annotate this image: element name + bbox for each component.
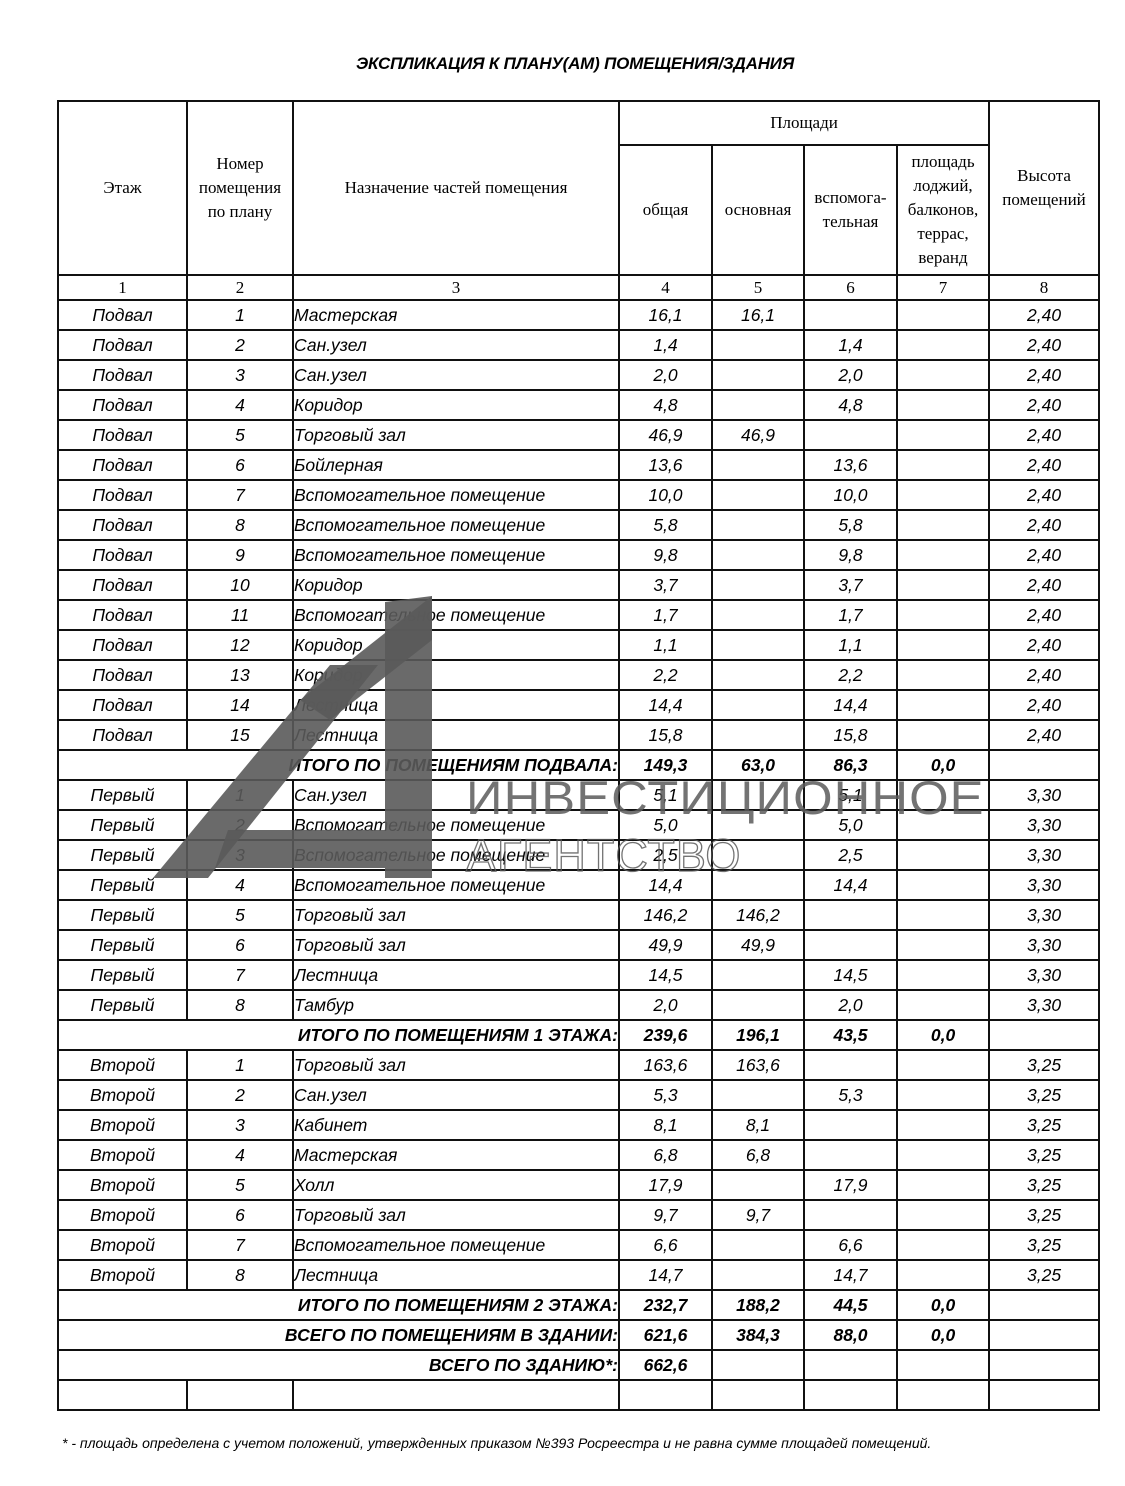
cell-floor: Подвал [58, 450, 187, 480]
total-area-total: 232,7 [619, 1290, 712, 1320]
cell-area-loggia [897, 930, 989, 960]
cell-height: 3,25 [989, 1230, 1099, 1260]
cell-area-loggia [897, 1140, 989, 1170]
table-row: Первый4Вспомогательное помещение14,414,4… [58, 870, 1099, 900]
cell-area-total: 16,1 [619, 300, 712, 330]
cell-room-number: 4 [187, 1140, 293, 1170]
cell-area-aux: 14,7 [804, 1260, 897, 1290]
document-title: ЭКСПЛИКАЦИЯ К ПЛАНУ(АМ) ПОМЕЩЕНИЯ/ЗДАНИЯ [0, 54, 1125, 74]
cell-room-number: 10 [187, 570, 293, 600]
cell-height: 2,40 [989, 330, 1099, 360]
cell-area-loggia [897, 450, 989, 480]
cell-area-total: 9,8 [619, 540, 712, 570]
cell-area-total: 14,4 [619, 690, 712, 720]
cell-floor: Второй [58, 1080, 187, 1110]
cell-room-number: 13 [187, 660, 293, 690]
table-row: Подвал5Торговый зал46,946,92,40 [58, 420, 1099, 450]
empty-cell [804, 1380, 897, 1410]
cell-area-main: 8,1 [712, 1110, 804, 1140]
cell-area-total: 6,6 [619, 1230, 712, 1260]
total-area-total: 239,6 [619, 1020, 712, 1050]
cell-floor: Подвал [58, 690, 187, 720]
cell-floor: Первый [58, 810, 187, 840]
table-row: Подвал8Вспомогательное помещение5,85,82,… [58, 510, 1099, 540]
cell-area-main [712, 780, 804, 810]
cell-floor: Подвал [58, 360, 187, 390]
cell-room-number: 5 [187, 420, 293, 450]
table-row: Второй3Кабинет8,18,13,25 [58, 1110, 1099, 1140]
table-row: Первый6Торговый зал49,949,93,30 [58, 930, 1099, 960]
total-area-total: 621,6 [619, 1320, 712, 1350]
cell-area-main [712, 1260, 804, 1290]
cell-area-aux: 2,2 [804, 660, 897, 690]
cell-area-total: 8,1 [619, 1110, 712, 1140]
cell-area-aux [804, 420, 897, 450]
cell-area-loggia [897, 630, 989, 660]
cell-area-total: 14,5 [619, 960, 712, 990]
cell-area-main [712, 960, 804, 990]
cell-area-main [712, 840, 804, 870]
total-area-loggia: 0,0 [897, 1320, 989, 1350]
col-index: 5 [712, 275, 804, 300]
column-index-row: 1 2 3 4 5 6 7 8 [58, 275, 1099, 300]
total-area-main: 196,1 [712, 1020, 804, 1050]
cell-floor: Подвал [58, 720, 187, 750]
table-row: Подвал3Сан.узел2,02,02,40 [58, 360, 1099, 390]
cell-room-number: 6 [187, 930, 293, 960]
cell-area-main: 6,8 [712, 1140, 804, 1170]
col-index: 3 [293, 275, 619, 300]
cell-height: 2,40 [989, 540, 1099, 570]
cell-height: 3,25 [989, 1080, 1099, 1110]
cell-area-aux [804, 930, 897, 960]
cell-area-loggia [897, 1260, 989, 1290]
total-area-aux: 43,5 [804, 1020, 897, 1050]
cell-floor: Подвал [58, 510, 187, 540]
header-areas-group: Площади [619, 101, 989, 145]
cell-room-number: 1 [187, 780, 293, 810]
cell-floor: Подвал [58, 660, 187, 690]
cell-floor: Первый [58, 960, 187, 990]
total-area-main: 63,0 [712, 750, 804, 780]
cell-area-loggia [897, 840, 989, 870]
col-index: 7 [897, 275, 989, 300]
cell-room-number: 6 [187, 450, 293, 480]
cell-floor: Подвал [58, 480, 187, 510]
cell-area-loggia [897, 810, 989, 840]
cell-area-aux: 14,4 [804, 690, 897, 720]
cell-room-number: 5 [187, 900, 293, 930]
cell-area-aux: 6,6 [804, 1230, 897, 1260]
table-row: Подвал15Лестница15,815,82,40 [58, 720, 1099, 750]
cell-area-total: 2,0 [619, 360, 712, 390]
total-row: ИТОГО ПО ПОМЕЩЕНИЯМ 1 ЭТАЖА:239,6196,143… [58, 1020, 1099, 1050]
cell-purpose: Бойлерная [293, 450, 619, 480]
header-room-number: Номер помещения по плану [187, 101, 293, 275]
cell-purpose: Лестница [293, 690, 619, 720]
cell-floor: Первый [58, 870, 187, 900]
table-row: Первый7Лестница14,514,53,30 [58, 960, 1099, 990]
cell-area-loggia [897, 510, 989, 540]
cell-area-loggia [897, 1110, 989, 1140]
total-row: ВСЕГО ПО ПОМЕЩЕНИЯМ В ЗДАНИИ:621,6384,38… [58, 1320, 1099, 1350]
cell-purpose: Торговый зал [293, 1200, 619, 1230]
cell-height: 3,25 [989, 1170, 1099, 1200]
cell-room-number: 2 [187, 330, 293, 360]
cell-room-number: 2 [187, 1080, 293, 1110]
total-area-loggia [897, 1350, 989, 1380]
cell-area-loggia [897, 660, 989, 690]
cell-area-aux: 1,1 [804, 630, 897, 660]
cell-purpose: Сан.узел [293, 1080, 619, 1110]
table-row: Второй1Торговый зал163,6163,63,25 [58, 1050, 1099, 1080]
cell-area-total: 2,0 [619, 990, 712, 1020]
table-row: Второй7Вспомогательное помещение6,66,63,… [58, 1230, 1099, 1260]
total-height [989, 1320, 1099, 1350]
table-row: Подвал13Коридор2,22,22,40 [58, 660, 1099, 690]
cell-room-number: 14 [187, 690, 293, 720]
cell-area-main [712, 990, 804, 1020]
cell-area-main [712, 540, 804, 570]
total-area-total: 149,3 [619, 750, 712, 780]
cell-height: 2,40 [989, 660, 1099, 690]
empty-cell [293, 1380, 619, 1410]
total-area-aux: 88,0 [804, 1320, 897, 1350]
cell-floor: Первый [58, 990, 187, 1020]
header-purpose: Назначение частей помещения [293, 101, 619, 275]
total-label: ВСЕГО ПО ЗДАНИЮ*: [58, 1350, 619, 1380]
cell-purpose: Тамбур [293, 990, 619, 1020]
cell-height: 2,40 [989, 510, 1099, 540]
header-height: Высота помещений [989, 101, 1099, 275]
table-row: Подвал6Бойлерная13,613,62,40 [58, 450, 1099, 480]
total-area-loggia: 0,0 [897, 1290, 989, 1320]
cell-room-number: 8 [187, 1260, 293, 1290]
cell-area-total: 5,3 [619, 1080, 712, 1110]
cell-purpose: Коридор [293, 660, 619, 690]
cell-area-loggia [897, 390, 989, 420]
cell-area-total: 13,6 [619, 450, 712, 480]
cell-area-total: 9,7 [619, 1200, 712, 1230]
cell-purpose: Лестница [293, 720, 619, 750]
cell-area-total: 3,7 [619, 570, 712, 600]
total-label: ВСЕГО ПО ПОМЕЩЕНИЯМ В ЗДАНИИ: [58, 1320, 619, 1350]
cell-height: 2,40 [989, 450, 1099, 480]
header-area-loggia: площадь лоджий, балконов, террас, веранд [897, 145, 989, 275]
cell-height: 2,40 [989, 390, 1099, 420]
cell-floor: Подвал [58, 420, 187, 450]
cell-area-loggia [897, 990, 989, 1020]
table-row: Подвал9Вспомогательное помещение9,89,82,… [58, 540, 1099, 570]
cell-room-number: 8 [187, 990, 293, 1020]
cell-room-number: 3 [187, 840, 293, 870]
cell-area-aux: 9,8 [804, 540, 897, 570]
total-row: ИТОГО ПО ПОМЕЩЕНИЯМ ПОДВАЛА:149,363,086,… [58, 750, 1099, 780]
cell-floor: Второй [58, 1110, 187, 1140]
table-row: Второй8Лестница14,714,73,25 [58, 1260, 1099, 1290]
cell-area-main [712, 450, 804, 480]
cell-room-number: 8 [187, 510, 293, 540]
cell-room-number: 9 [187, 540, 293, 570]
table-row: Подвал2Сан.узел1,41,42,40 [58, 330, 1099, 360]
cell-area-aux: 1,7 [804, 600, 897, 630]
cell-area-total: 4,8 [619, 390, 712, 420]
cell-room-number: 7 [187, 1230, 293, 1260]
total-height [989, 1290, 1099, 1320]
cell-area-total: 5,1 [619, 780, 712, 810]
total-area-aux: 86,3 [804, 750, 897, 780]
cell-purpose: Сан.узел [293, 780, 619, 810]
cell-floor: Первый [58, 900, 187, 930]
cell-area-total: 46,9 [619, 420, 712, 450]
cell-room-number: 15 [187, 720, 293, 750]
cell-room-number: 1 [187, 1050, 293, 1080]
cell-area-main [712, 810, 804, 840]
cell-area-total: 146,2 [619, 900, 712, 930]
cell-purpose: Торговый зал [293, 900, 619, 930]
cell-area-total: 1,7 [619, 600, 712, 630]
cell-floor: Подвал [58, 630, 187, 660]
cell-area-aux [804, 1110, 897, 1140]
cell-height: 3,30 [989, 810, 1099, 840]
empty-cell [187, 1380, 293, 1410]
cell-purpose: Вспомогательное помещение [293, 810, 619, 840]
cell-area-main [712, 1230, 804, 1260]
cell-height: 2,40 [989, 570, 1099, 600]
cell-area-total: 10,0 [619, 480, 712, 510]
cell-area-loggia [897, 300, 989, 330]
cell-area-aux: 2,0 [804, 360, 897, 390]
table-row: Подвал12Коридор1,11,12,40 [58, 630, 1099, 660]
cell-area-loggia [897, 570, 989, 600]
table-row: Первый8Тамбур2,02,03,30 [58, 990, 1099, 1020]
col-index: 1 [58, 275, 187, 300]
cell-room-number: 4 [187, 870, 293, 900]
cell-purpose: Лестница [293, 1260, 619, 1290]
empty-cell [58, 1380, 187, 1410]
cell-purpose: Торговый зал [293, 930, 619, 960]
cell-area-loggia [897, 870, 989, 900]
cell-area-aux: 5,1 [804, 780, 897, 810]
cell-area-total: 49,9 [619, 930, 712, 960]
cell-area-loggia [897, 600, 989, 630]
cell-area-aux: 15,8 [804, 720, 897, 750]
table-row: Подвал7Вспомогательное помещение10,010,0… [58, 480, 1099, 510]
cell-area-main: 16,1 [712, 300, 804, 330]
cell-purpose: Лестница [293, 960, 619, 990]
cell-purpose: Вспомогательное помещение [293, 870, 619, 900]
cell-floor: Второй [58, 1050, 187, 1080]
total-height [989, 1350, 1099, 1380]
cell-area-main [712, 330, 804, 360]
cell-room-number: 4 [187, 390, 293, 420]
cell-floor: Первый [58, 780, 187, 810]
cell-area-loggia [897, 720, 989, 750]
cell-area-main [712, 1080, 804, 1110]
cell-area-aux: 5,8 [804, 510, 897, 540]
col-index: 4 [619, 275, 712, 300]
cell-area-loggia [897, 420, 989, 450]
cell-area-loggia [897, 960, 989, 990]
cell-area-loggia [897, 1200, 989, 1230]
cell-purpose: Вспомогательное помещение [293, 510, 619, 540]
table-row: Подвал4Коридор4,84,82,40 [58, 390, 1099, 420]
cell-area-main [712, 630, 804, 660]
total-row: ВСЕГО ПО ЗДАНИЮ*:662,6 [58, 1350, 1099, 1380]
cell-room-number: 3 [187, 1110, 293, 1140]
table-row: Подвал10Коридор3,73,72,40 [58, 570, 1099, 600]
cell-area-main [712, 570, 804, 600]
cell-room-number: 7 [187, 480, 293, 510]
cell-area-aux: 5,0 [804, 810, 897, 840]
cell-area-main [712, 720, 804, 750]
cell-room-number: 7 [187, 960, 293, 990]
header-floor: Этаж [58, 101, 187, 275]
cell-room-number: 3 [187, 360, 293, 390]
cell-area-loggia [897, 360, 989, 390]
total-area-main [712, 1350, 804, 1380]
cell-floor: Второй [58, 1200, 187, 1230]
total-label: ИТОГО ПО ПОМЕЩЕНИЯМ 2 ЭТАЖА: [58, 1290, 619, 1320]
cell-area-total: 5,8 [619, 510, 712, 540]
cell-area-main: 46,9 [712, 420, 804, 450]
cell-area-main [712, 390, 804, 420]
cell-height: 3,25 [989, 1200, 1099, 1230]
table-body: Подвал1Мастерская16,116,12,40Подвал2Сан.… [58, 300, 1099, 1410]
cell-height: 2,40 [989, 690, 1099, 720]
cell-purpose: Торговый зал [293, 420, 619, 450]
cell-height: 3,30 [989, 780, 1099, 810]
cell-area-aux [804, 1200, 897, 1230]
table-row: Подвал1Мастерская16,116,12,40 [58, 300, 1099, 330]
cell-height: 2,40 [989, 600, 1099, 630]
cell-area-loggia [897, 1170, 989, 1200]
cell-floor: Второй [58, 1230, 187, 1260]
cell-area-total: 14,7 [619, 1260, 712, 1290]
cell-purpose: Вспомогательное помещение [293, 480, 619, 510]
cell-area-total: 1,4 [619, 330, 712, 360]
explication-table: Этаж Номер помещения по плану Назначение… [57, 100, 1100, 1411]
col-index: 8 [989, 275, 1099, 300]
total-row: ИТОГО ПО ПОМЕЩЕНИЯМ 2 ЭТАЖА:232,7188,244… [58, 1290, 1099, 1320]
cell-area-main: 9,7 [712, 1200, 804, 1230]
total-area-aux: 44,5 [804, 1290, 897, 1320]
cell-area-main [712, 870, 804, 900]
empty-row [58, 1380, 1099, 1410]
cell-area-main: 146,2 [712, 900, 804, 930]
cell-height: 3,30 [989, 900, 1099, 930]
footnote: * - площадь определена с учетом положени… [62, 1435, 931, 1451]
total-area-aux [804, 1350, 897, 1380]
header-area-total: общая [619, 145, 712, 275]
cell-area-total: 5,0 [619, 810, 712, 840]
cell-floor: Второй [58, 1260, 187, 1290]
total-area-loggia: 0,0 [897, 750, 989, 780]
cell-height: 3,30 [989, 930, 1099, 960]
cell-purpose: Вспомогательное помещение [293, 600, 619, 630]
table-row: Второй6Торговый зал9,79,73,25 [58, 1200, 1099, 1230]
cell-purpose: Вспомогательное помещение [293, 540, 619, 570]
header-area-aux: вспомога-тельная [804, 145, 897, 275]
cell-floor: Первый [58, 840, 187, 870]
total-area-total: 662,6 [619, 1350, 712, 1380]
table-row: Подвал11Вспомогательное помещение1,71,72… [58, 600, 1099, 630]
cell-area-main [712, 1170, 804, 1200]
cell-height: 3,25 [989, 1110, 1099, 1140]
cell-height: 3,25 [989, 1260, 1099, 1290]
cell-area-main [712, 600, 804, 630]
cell-area-loggia [897, 1080, 989, 1110]
total-label: ИТОГО ПО ПОМЕЩЕНИЯМ 1 ЭТАЖА: [58, 1020, 619, 1050]
table-row: Первый2Вспомогательное помещение5,05,03,… [58, 810, 1099, 840]
cell-area-main: 163,6 [712, 1050, 804, 1080]
cell-area-aux [804, 900, 897, 930]
cell-room-number: 6 [187, 1200, 293, 1230]
cell-area-main [712, 510, 804, 540]
cell-area-aux: 3,7 [804, 570, 897, 600]
cell-room-number: 12 [187, 630, 293, 660]
cell-area-aux: 1,4 [804, 330, 897, 360]
cell-area-total: 1,1 [619, 630, 712, 660]
cell-height: 3,30 [989, 840, 1099, 870]
cell-floor: Подвал [58, 570, 187, 600]
cell-area-aux [804, 1050, 897, 1080]
cell-height: 2,40 [989, 360, 1099, 390]
cell-height: 2,40 [989, 420, 1099, 450]
cell-purpose: Мастерская [293, 1140, 619, 1170]
cell-area-total: 6,8 [619, 1140, 712, 1170]
total-height [989, 1020, 1099, 1050]
header-area-main: основная [712, 145, 804, 275]
cell-area-aux: 10,0 [804, 480, 897, 510]
empty-cell [989, 1380, 1099, 1410]
cell-area-aux [804, 1140, 897, 1170]
table-row: Первый5Торговый зал146,2146,23,30 [58, 900, 1099, 930]
cell-purpose: Торговый зал [293, 1050, 619, 1080]
cell-area-total: 14,4 [619, 870, 712, 900]
cell-area-aux: 5,3 [804, 1080, 897, 1110]
cell-floor: Подвал [58, 600, 187, 630]
total-area-loggia: 0,0 [897, 1020, 989, 1050]
cell-purpose: Мастерская [293, 300, 619, 330]
cell-floor: Второй [58, 1140, 187, 1170]
cell-height: 2,40 [989, 630, 1099, 660]
cell-area-loggia [897, 330, 989, 360]
cell-area-total: 2,2 [619, 660, 712, 690]
cell-area-aux: 2,5 [804, 840, 897, 870]
cell-area-loggia [897, 540, 989, 570]
cell-purpose: Сан.узел [293, 330, 619, 360]
cell-height: 2,40 [989, 300, 1099, 330]
cell-purpose: Коридор [293, 630, 619, 660]
table-row: Второй4Мастерская6,86,83,25 [58, 1140, 1099, 1170]
cell-floor: Подвал [58, 300, 187, 330]
cell-area-loggia [897, 1050, 989, 1080]
cell-area-aux: 14,4 [804, 870, 897, 900]
cell-height: 2,40 [989, 480, 1099, 510]
empty-cell [619, 1380, 712, 1410]
table-row: Подвал14Лестница14,414,42,40 [58, 690, 1099, 720]
cell-height: 3,30 [989, 960, 1099, 990]
cell-room-number: 2 [187, 810, 293, 840]
cell-room-number: 5 [187, 1170, 293, 1200]
table-row: Первый1Сан.узел5,15,13,30 [58, 780, 1099, 810]
cell-area-aux: 14,5 [804, 960, 897, 990]
total-area-main: 384,3 [712, 1320, 804, 1350]
total-height [989, 750, 1099, 780]
cell-area-loggia [897, 900, 989, 930]
table-row: Первый3Вспомогательное помещение2,52,53,… [58, 840, 1099, 870]
